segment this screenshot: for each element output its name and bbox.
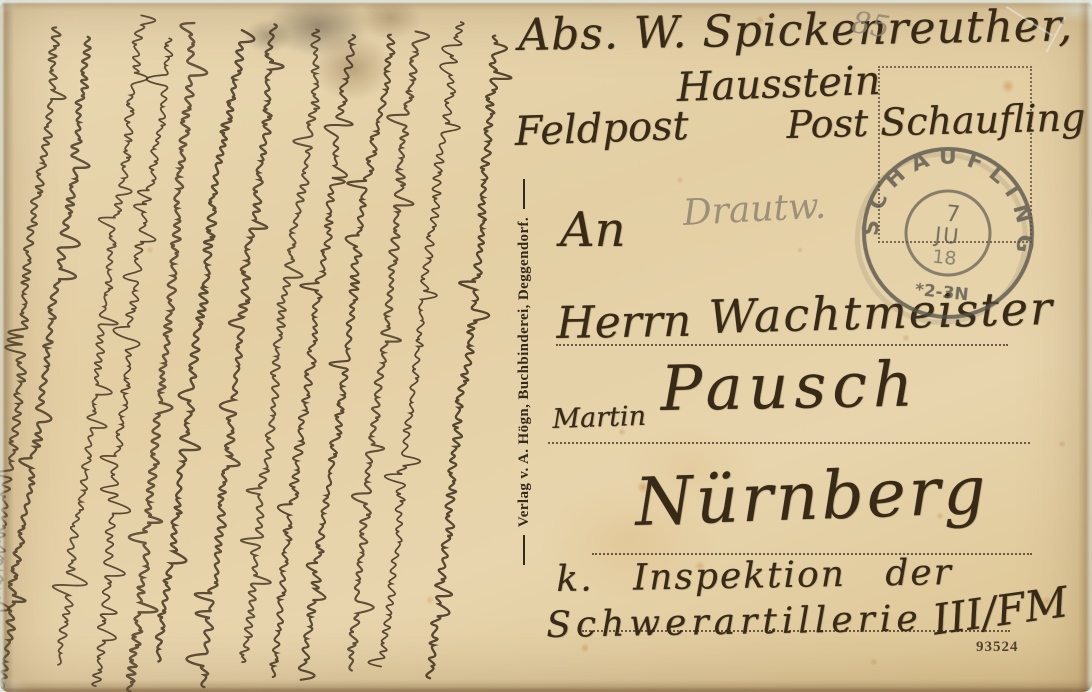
address-an: An (560, 206, 626, 254)
pencil-note-address: Drautw. (682, 189, 827, 232)
sender-line-3a: Feldpost (514, 106, 689, 152)
sender-line-1: Abs. W. Spickenreuther, (518, 4, 1073, 58)
postmark-year: 18 (931, 246, 957, 270)
address-unit-line-2: Schwerartillerie (546, 601, 923, 644)
message-column-13 (421, 34, 516, 680)
imprint-rule-left (523, 535, 525, 565)
message-column-10 (284, 32, 397, 682)
pencil-note-top: 85 (849, 8, 891, 44)
address-first-name: Martin (552, 403, 646, 433)
message-column-8 (226, 28, 336, 665)
message-column-2 (0, 35, 104, 692)
postmark-stamp: SCHAUFLING 7 JU 18 *2-3N (838, 123, 1058, 343)
imprint-rule-right (523, 179, 525, 209)
address-dotted-line-2 (548, 442, 1030, 444)
postcard-scan: Verlag v. A. Högn, Buchbinderei, Deggend… (0, 0, 1092, 692)
publisher-imprint-text: Verlag v. A. Högn, Buchbinderei, Deggend… (516, 217, 533, 527)
address-city: Nürnberg (634, 458, 990, 536)
address-last-name: Pausch (660, 353, 919, 419)
message-column-3 (38, 13, 164, 667)
address-salutation: Herrn (556, 300, 692, 346)
catalog-number: 93524 (976, 639, 1019, 656)
postcard-back: Verlag v. A. Högn, Buchbinderei, Deggend… (0, 0, 1092, 692)
publisher-imprint: Verlag v. A. Högn, Buchbinderei, Deggend… (514, 133, 534, 611)
message-column-7 (183, 23, 291, 689)
address-unit-line-1: k. Inspektion der (556, 555, 953, 598)
postmark-time-mark: *2-3N (914, 280, 970, 306)
